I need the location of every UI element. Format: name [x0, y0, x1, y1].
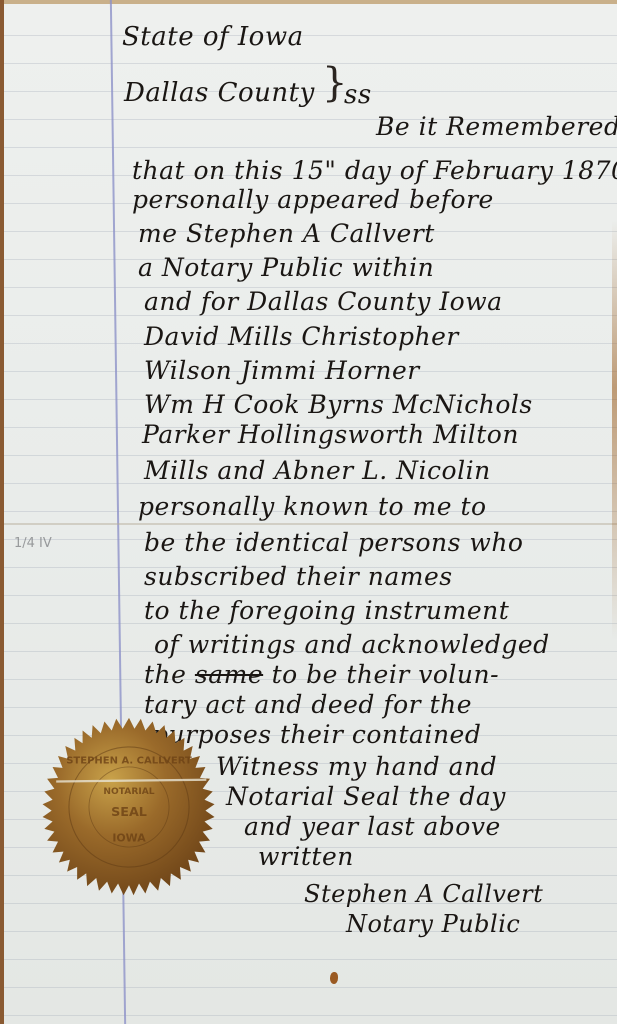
body-line: David Mills Christopher — [144, 322, 459, 351]
venue-ss: ss — [344, 80, 372, 110]
body-line: Parker Hollingsworth Milton — [142, 420, 519, 449]
edge-stain — [612, 220, 617, 640]
body-line: tary act and deed for the — [144, 690, 472, 719]
paper-top-edge — [4, 0, 617, 4]
body-line: a Notary Public within — [138, 253, 434, 282]
attestation-line: Witness my hand and — [216, 752, 497, 781]
notarial-seal: STEPHEN A. CALLVERT NOTARIAL SEAL IOWA — [38, 716, 220, 898]
ink-stain — [330, 972, 338, 984]
notary-signature: Stephen A Callvert — [304, 880, 543, 908]
paper-fold-crease — [4, 523, 617, 525]
body-line: to the foregoing instrument — [144, 596, 509, 625]
struck-word: same — [195, 660, 263, 689]
venue-county: Dallas County — [124, 78, 315, 108]
attestation-line: Notarial Seal the day — [226, 782, 506, 811]
attestation-line: and year last above — [244, 812, 501, 841]
body-line: personally appeared before — [132, 185, 494, 214]
body-line: of writings and acknowledged — [154, 630, 550, 659]
seal-starburst-icon: STEPHEN A. CALLVERT NOTARIAL SEAL IOWA — [38, 716, 220, 898]
body-line: Mills and Abner L. Nicolin — [144, 456, 491, 485]
body-line: Wilson Jimmi Horner — [144, 356, 420, 385]
body-line-opening: Be it Remembered — [376, 112, 617, 141]
attestation-line: written — [258, 842, 354, 871]
notary-title: Notary Public — [346, 910, 520, 938]
body-line-strikethrough: the same to be their volun- — [144, 660, 499, 689]
body-line: me Stephen A Callvert — [138, 219, 435, 248]
seal-inner-top: NOTARIAL — [103, 787, 154, 797]
seal-outer-text: STEPHEN A. CALLVERT — [66, 755, 192, 766]
body-line: that on this 15" day of February 1870 — [132, 156, 617, 185]
venue-state: State of Iowa — [122, 22, 304, 52]
body-line: personally known to me to — [138, 492, 487, 521]
seal-inner-bottom: IOWA — [112, 832, 146, 845]
margin-pencil-mark: 1/4 IV — [14, 536, 52, 551]
body-line: Wm H Cook Byrns McNichols — [144, 390, 533, 419]
body-line: and for Dallas County Iowa — [144, 287, 503, 316]
body-line: be the identical persons who — [144, 528, 523, 557]
body-line: subscribed their names — [144, 562, 453, 591]
seal-inner-middle: SEAL — [111, 805, 147, 820]
